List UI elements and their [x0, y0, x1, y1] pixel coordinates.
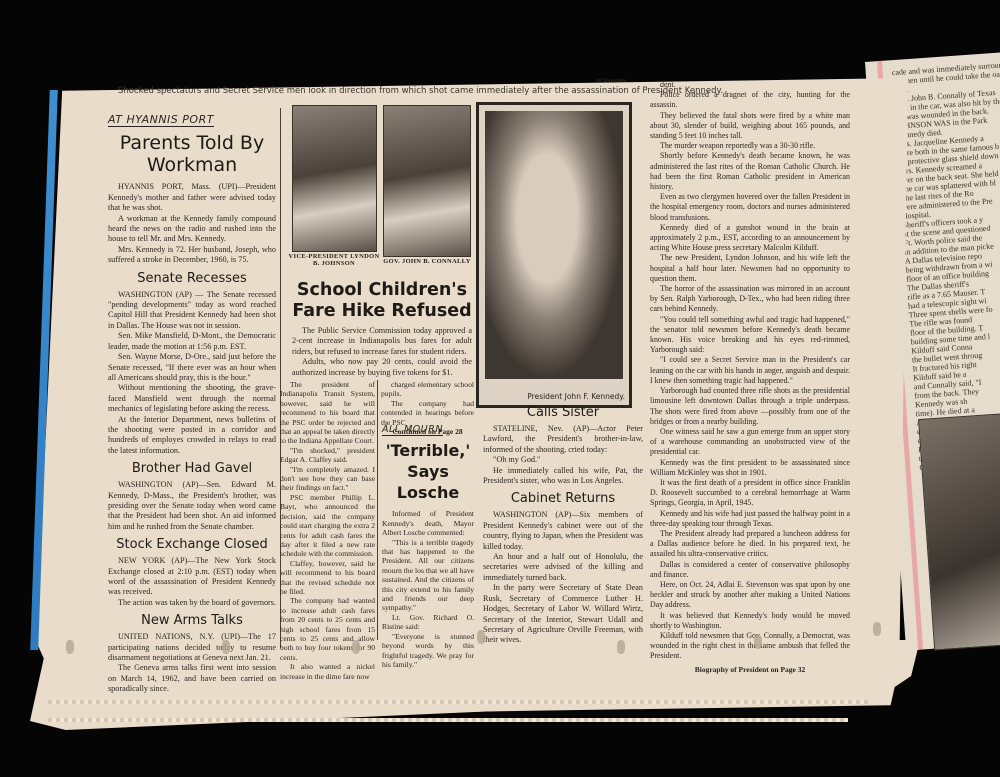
story-paragraph: "Oh my God."	[483, 455, 643, 465]
story-paragraph: The Public Service Commission today appr…	[292, 326, 472, 357]
headline-cabinet-returns: Cabinet Returns	[483, 491, 643, 507]
adjacent-page-text: cade and was immediately surroundedice m…	[891, 60, 1000, 472]
story-paragraph: HYANNIS PORT, Mass. (UPI)—President Kenn…	[108, 182, 276, 213]
story-paragraph: It was the first death of a president in…	[650, 478, 850, 509]
story-paragraph: Sen. Mike Mansfield, D-Mont., the Democr…	[108, 331, 276, 352]
story-paragraph: The Geneva arms talks first went into se…	[108, 663, 276, 694]
story-paragraph: The horror of the assassination was mirr…	[650, 284, 850, 315]
story-paragraph: Dallas is considered a center of conserv…	[650, 560, 850, 580]
binding-hole	[873, 622, 881, 636]
story-paragraph: A workman at the Kennedy family compound…	[108, 214, 276, 245]
binding-hole	[477, 630, 485, 644]
deckle-edge	[48, 718, 848, 722]
story-paragraph: An hour and a half out of Honolulu, the …	[483, 552, 643, 583]
story-paragraph: The murder weapon reportedly was a 30-30…	[650, 141, 850, 151]
headline-terrible-says-losche: 'Terrible,' Says Losche	[382, 440, 474, 503]
calls-sister-and-cabinet: Calls Sister STATELINE, Nev. (AP)—Actor …	[483, 405, 643, 646]
story-paragraph: Informed of President Kennedy's death, M…	[382, 509, 474, 537]
story-paragraph: Without mentioning the shooting, the gra…	[108, 383, 276, 414]
story-paragraph: They believed the fatal shots were fired…	[650, 111, 850, 142]
story-paragraph: Kennedy and his wife had just passed the…	[650, 509, 850, 529]
headline-fare-line1: School Children's	[292, 280, 472, 301]
headline-calls-sister: Calls Sister	[483, 405, 643, 421]
story-paragraph: The company had contended in hearings be…	[381, 399, 474, 427]
story-paragraph: "This is a terrible tragedy that has hap…	[382, 538, 474, 613]
johnson-photo	[292, 105, 377, 252]
headline-brother-had-gavel: Brother Had Gavel	[108, 461, 276, 477]
story-paragraph: One witness said he saw a gun emerge fro…	[650, 427, 850, 458]
story-paragraph: NEW YORK (AP)—The New York Stock Exchang…	[108, 556, 276, 598]
left-column: AT HYANNIS PORT Parents Told By Workman …	[108, 115, 276, 695]
story-paragraph: It was believed that Kennedy's body woul…	[650, 611, 850, 631]
losche-story: ALL MOURN 'Terrible,' Says Losche Inform…	[382, 425, 474, 669]
binding-hole	[66, 640, 74, 654]
story-paragraph: Even as two clergymen hovered over the f…	[650, 192, 850, 223]
story-paragraph: "Everyone is stunned beyond words by thi…	[382, 632, 474, 670]
kicker-all-mourn: ALL MOURN	[382, 425, 443, 436]
adjacent-page-photo	[918, 411, 1000, 650]
photo-credit: AP Wirephoto	[596, 79, 626, 84]
headline-new-arms-talks: New Arms Talks	[108, 613, 276, 629]
story-paragraph: "I'm completely amazed. I don't see how …	[280, 465, 375, 493]
kennedy-photo-frame: President John F. Kennedy.	[476, 102, 632, 408]
binding-hole	[617, 640, 625, 654]
story-paragraph: The company had wanted to increase adult…	[280, 596, 375, 662]
story-paragraph: Kennedy died of a gunshot wound in the b…	[650, 223, 850, 254]
story-paragraph: WASHINGTON (AP)—Six members of President…	[483, 510, 643, 552]
deckle-edge	[48, 700, 868, 704]
kicker-hyannis-port: AT HYANNIS PORT	[108, 115, 214, 127]
binding-hole	[222, 640, 230, 654]
story-paragraph: WASHINGTON (AP)—Sen. Edward M. Kennedy, …	[108, 480, 276, 532]
story-paragraph: It also wanted a nickel increase in the …	[280, 662, 375, 681]
headline-parents-told: Parents Told By Workman	[108, 132, 276, 176]
story-paragraph: Adults, who now pay 20 cents, could avoi…	[292, 357, 472, 378]
story-paragraph: charged elementary school pupils.	[381, 380, 474, 399]
story-paragraph: dent.	[650, 80, 850, 90]
story-paragraph: "You could tell something awful and trag…	[650, 315, 850, 356]
binding-hole	[352, 640, 360, 654]
story-paragraph: The president of Indianapolis Transit Sy…	[280, 380, 375, 446]
kennedy-photo	[485, 111, 623, 379]
main-story-column: dent.Police ordered a dragnet of the cit…	[650, 80, 850, 675]
continued-biography-page-32: Biography of President on Page 32	[650, 665, 850, 675]
column-rule	[377, 380, 378, 640]
story-paragraph: Police ordered a dragnet of the city, hu…	[650, 90, 850, 110]
story-paragraph: Claffey, however, said he will recommend…	[280, 559, 375, 597]
story-paragraph: "I could see a Secret Service man in the…	[650, 355, 850, 386]
headline-fare-line2: Fare Hike Refused	[292, 301, 472, 322]
connally-photo	[383, 105, 471, 257]
story-paragraph: He immediately called his wife, Pat, the…	[483, 466, 643, 487]
story-paragraph: The action was taken by the board of gov…	[108, 598, 276, 608]
story-paragraph: UNITED NATIONS, N.Y. (UPI)—The 17 partic…	[108, 632, 276, 663]
story-paragraph: In the party were Secretary of State Dea…	[483, 583, 643, 645]
story-paragraph: Shortly before Kennedy's death became kn…	[650, 151, 850, 192]
johnson-caption: VICE-PRESIDENT LYNDON B. JOHNSON	[288, 253, 380, 267]
fare-story-col-a: The president of Indianapolis Transit Sy…	[280, 380, 375, 681]
story-paragraph: Mrs. Kennedy is 72. Her husband, Joseph,…	[108, 245, 276, 266]
story-paragraph: The President already had prepared a lun…	[650, 529, 850, 560]
kennedy-caption: President John F. Kennedy.	[479, 392, 625, 401]
story-paragraph: "I'm shocked," president Edgar A. Claffe…	[280, 446, 375, 465]
binding-hole	[754, 635, 762, 649]
story-paragraph: Lt. Gov. Richard O. Ristine said:	[382, 613, 474, 632]
story-paragraph: At the Interior Department, news bulleti…	[108, 415, 276, 457]
story-paragraph: PSC member Phillip L. Bayt, who announce…	[280, 493, 375, 559]
story-paragraph: Kennedy was the first president to be as…	[650, 458, 850, 478]
story-paragraph: STATELINE, Nev. (AP)—Actor Peter Lawford…	[483, 424, 643, 455]
story-paragraph: Sen. Wayne Morse, D-Ore., said just befo…	[108, 352, 276, 383]
story-paragraph: WASHINGTON (AP) — The Senate recessed "p…	[108, 290, 276, 332]
headline-senate-recesses: Senate Recesses	[108, 271, 276, 287]
story-paragraph: Yarborough had counted three rifle shots…	[650, 386, 850, 427]
story-paragraph: The new President, Lyndon Johnson, and h…	[650, 253, 850, 284]
headline-stock-exchange-closed: Stock Exchange Closed	[108, 537, 276, 553]
top-photo-caption: Shocked spectators and Secret Service me…	[118, 86, 723, 96]
connally-caption: GOV. JOHN B. CONNALLY	[380, 258, 474, 265]
story-paragraph: Here, on Oct. 24, Adlai E. Stevenson was…	[650, 580, 850, 611]
story-paragraph: Kilduff told newsmen that Gov. Connally,…	[650, 631, 850, 662]
fare-story: School Children's Fare Hike Refused The …	[292, 280, 472, 378]
